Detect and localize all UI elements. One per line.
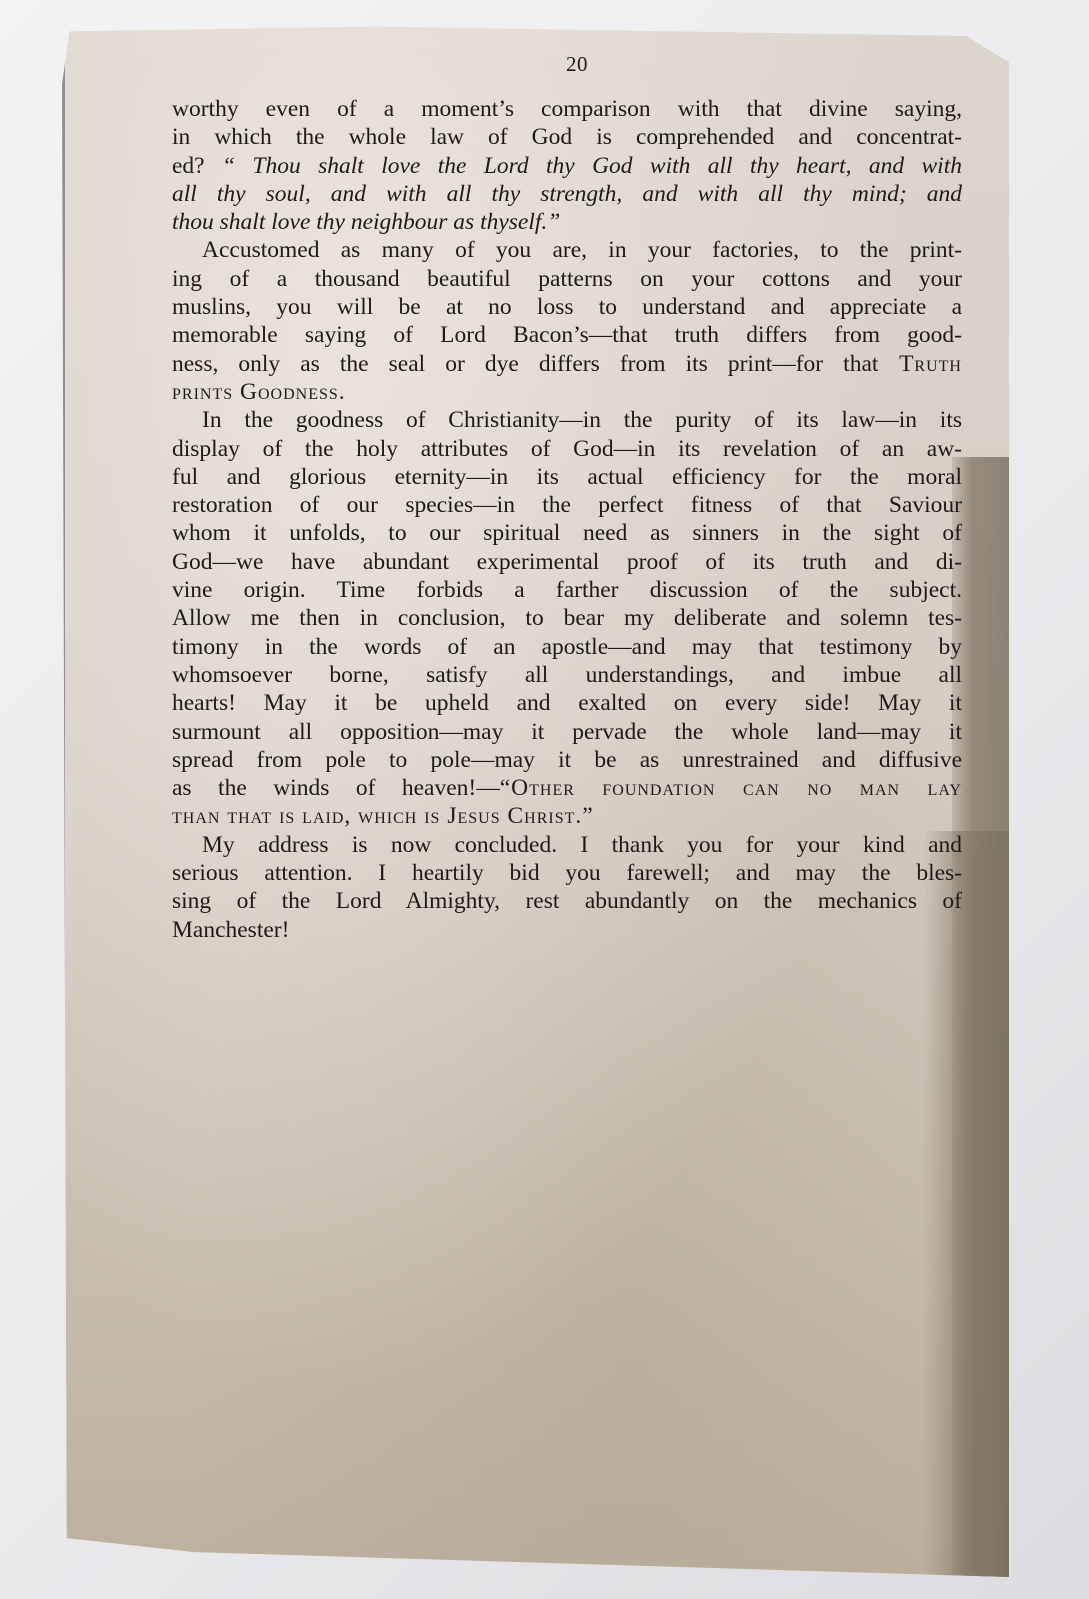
line-text: display of the holy attributes of God—in… <box>172 436 962 462</box>
scripture-quote: “ Thou shalt love the Lord thy God with … <box>222 153 962 179</box>
line-text: serious attention. I heartily bid you fa… <box>172 860 962 886</box>
paragraph-4: My address is now concluded. I thank you… <box>172 831 962 944</box>
paragraph-2: Accustomed as many of you are, in your f… <box>172 236 962 406</box>
line-text: surmount all opposition—may it pervade t… <box>172 719 962 745</box>
text-line: sing of the Lord Almighty, rest abundant… <box>172 887 962 915</box>
scripture-quote: all thy soul, and with all thy strength,… <box>172 181 962 207</box>
text-line: hearts! May it be upheld and exalted on … <box>172 689 962 717</box>
line-text: whomsoever borne, satisfy all understand… <box>172 662 962 688</box>
page-content: 20 worthy even of a moment’s comparison … <box>172 52 962 944</box>
small-caps-text: “Other foundation can no man lay <box>500 775 962 801</box>
text-line: as the winds of heaven!—“Other foundatio… <box>172 774 962 802</box>
line-text: ing of a thousand beautiful patterns on … <box>172 266 962 292</box>
line-text: ness, only as the seal or dye differs fr… <box>172 351 878 377</box>
text-line: timony in the words of an apostle—and ma… <box>172 633 962 661</box>
small-caps-text: Truth <box>878 351 962 377</box>
line-text: whom it unfolds, to our spiritual need a… <box>172 520 962 546</box>
text-line: ing of a thousand beautiful patterns on … <box>172 265 962 293</box>
text-line: whomsoever borne, satisfy all understand… <box>172 661 962 689</box>
line-text: My address is now concluded. I thank you… <box>202 832 962 858</box>
line-text: muslins, you will be at no loss to under… <box>172 294 962 320</box>
line-text: ful and glorious eternity—in its actual … <box>172 464 962 490</box>
line-text: Accustomed as many of you are, in your f… <box>202 237 962 263</box>
text-line: My address is now concluded. I thank you… <box>172 831 962 859</box>
text-line: serious attention. I heartily bid you fa… <box>172 859 962 887</box>
text-line: God—we have abundant experimental proof … <box>172 548 962 576</box>
text-line: vine origin. Time forbids a farther disc… <box>172 576 962 604</box>
line-text: vine origin. Time forbids a farther disc… <box>172 577 962 603</box>
line-text: worthy even of a moment’s comparison wit… <box>172 96 962 122</box>
text-line: Accustomed as many of you are, in your f… <box>172 236 962 264</box>
line-text: Manchester! <box>172 917 289 943</box>
text-line: display of the holy attributes of God—in… <box>172 435 962 463</box>
line-text: In the goodness of Christianity—in the p… <box>202 407 962 433</box>
text-line: surmount all opposition—may it pervade t… <box>172 718 962 746</box>
text-line: muslins, you will be at no loss to under… <box>172 293 962 321</box>
line-text: restoration of our species—in the perfec… <box>172 492 962 518</box>
line-text: sing of the Lord Almighty, rest abundant… <box>172 888 962 914</box>
small-caps-text: prints Goodness. <box>172 379 346 405</box>
line-text: Allow me then in conclusion, to bear my … <box>172 605 962 631</box>
text-line: whom it unfolds, to our spiritual need a… <box>172 519 962 547</box>
paragraph-3: In the goodness of Christianity—in the p… <box>172 406 962 830</box>
text-line: ed? “ Thou shalt love the Lord thy God w… <box>172 152 962 180</box>
line-text: hearts! May it be upheld and exalted on … <box>172 690 962 716</box>
line-text: spread from pole to pole—may it be as un… <box>172 747 962 773</box>
text-line: Allow me then in conclusion, to bear my … <box>172 604 962 632</box>
scripture-quote: thou shalt love thy neighbour as thyself… <box>172 209 560 235</box>
text-line: Manchester! <box>172 916 962 944</box>
text-line: restoration of our species—in the perfec… <box>172 491 962 519</box>
text-line: ful and glorious eternity—in its actual … <box>172 463 962 491</box>
text-line: memorable saying of Lord Bacon’s—that tr… <box>172 321 962 349</box>
text-line: than that is laid, which is Jesus Christ… <box>172 802 962 830</box>
text-line: all thy soul, and with all thy strength,… <box>172 180 962 208</box>
line-text: as the winds of heaven!— <box>172 775 500 801</box>
text-line: spread from pole to pole—may it be as un… <box>172 746 962 774</box>
page-number: 20 <box>192 52 962 77</box>
paragraph-1: worthy even of a moment’s comparison wit… <box>172 95 962 236</box>
line-text: timony in the words of an apostle—and ma… <box>172 634 962 660</box>
text-line: in which the whole law of God is compreh… <box>172 123 962 151</box>
small-caps-text: than that is laid, which is Jesus Christ… <box>172 803 594 829</box>
text-line: worthy even of a moment’s comparison wit… <box>172 95 962 123</box>
line-text: memorable saying of Lord Bacon’s—that tr… <box>172 322 962 348</box>
line-text: God—we have abundant experimental proof … <box>172 549 962 575</box>
text-line: ness, only as the seal or dye differs fr… <box>172 350 962 378</box>
line-prefix: ed? <box>172 153 222 179</box>
text-line: In the goodness of Christianity—in the p… <box>172 406 962 434</box>
line-text: in which the whole law of God is compreh… <box>172 124 962 150</box>
text-line: thou shalt love thy neighbour as thyself… <box>172 208 962 236</box>
text-line: prints Goodness. <box>172 378 962 406</box>
